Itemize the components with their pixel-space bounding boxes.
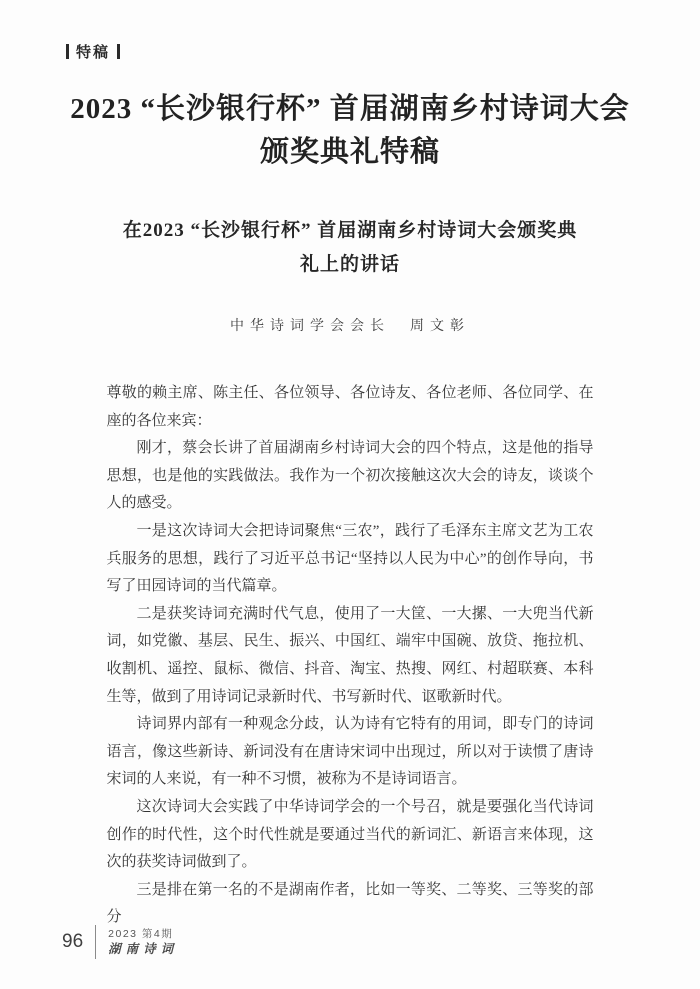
- section-tag-label: 特稿: [69, 41, 117, 62]
- salutation-paragraph: 尊敬的赖主席、陈主任、各位领导、各位诗友、各位老师、各位同学、在座的各位来宾：: [107, 380, 594, 435]
- speech-title: 在2023 “长沙银行杯” 首届湖南乡村诗词大会颁奖典礼上的讲话: [115, 214, 585, 282]
- section-tag: 特稿: [66, 41, 120, 62]
- article-body: 尊敬的赖主席、陈主任、各位领导、各位诗友、各位老师、各位同学、在座的各位来宾： …: [107, 380, 594, 932]
- footer-issue-block: 2023 第4期 湖南诗词: [108, 927, 178, 957]
- footer-divider: [95, 925, 96, 959]
- paragraph-intro: 刚才，蔡会长讲了首届湖南乡村诗词大会的四个特点，这是他的指导思想，也是他的实践做…: [107, 435, 594, 518]
- page-number: 96: [62, 931, 83, 953]
- article-title: 2023 “长沙银行杯” 首届湖南乡村诗词大会颁奖典礼特稿: [70, 88, 630, 174]
- paragraph-point-one: 一是这次诗词大会把诗词聚焦“三农”，践行了毛泽东主席文艺为工农兵服务的思想，践行…: [107, 518, 594, 601]
- author-line: 中华诗词学会会长 周文彰: [0, 315, 700, 335]
- page-footer: 96 2023 第4期 湖南诗词: [62, 925, 178, 959]
- paragraph-debate: 诗词界内部有一种观念分歧，认为诗有它特有的用词，即专门的诗词语言，像这些新诗、新…: [107, 711, 594, 794]
- paragraph-point-two: 二是获奖诗词充满时代气息，使用了一大筐、一大摞、一大兜当代新词，如党徽、基层、民…: [107, 601, 594, 711]
- paragraph-point-three: 三是排在第一名的不是湖南作者，比如一等奖、二等奖、三等奖的部分: [107, 877, 594, 932]
- journal-name: 湖南诗词: [108, 941, 178, 957]
- issue-info: 2023 第4期: [108, 927, 178, 941]
- tag-right-bar-icon: [117, 44, 120, 59]
- paragraph-practice: 这次诗词大会实践了中华诗词学会的一个号召，就是要强化当代诗词创作的时代性，这个时…: [107, 794, 594, 877]
- magazine-page: 特稿 2023 “长沙银行杯” 首届湖南乡村诗词大会颁奖典礼特稿 在2023 “…: [0, 0, 700, 989]
